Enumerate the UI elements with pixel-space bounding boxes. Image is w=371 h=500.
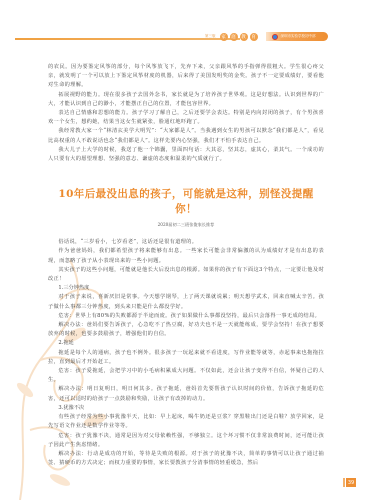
section-label: 第三版: [205, 34, 216, 39]
body-paragraph: 拓展视野的能力。现在很多孩子去国外念书，家长就是为了培养孩子世界观。这是好想法。…: [48, 91, 324, 109]
body-paragraph: 其实孩子的这些小问题，可能就是他长大后没出息的根源。如果你的孩子有下面这3个特点…: [48, 266, 324, 284]
body-paragraph: 危害：世界上有80%的失败都源于半途而废。孩子如果做什么事都没坚持，最后只会落得…: [48, 312, 324, 321]
page-number: 39: [346, 478, 356, 487]
body-paragraph: 表达自己情感和思想的能力。孩子学习了解自己，之后还要学会表达。特别是内向封闭的孩…: [48, 109, 324, 127]
body-paragraph: 危害：孩子犹豫不决，通常是因为对父母依赖性强，不够独立。这个坏习惯不仅非常浪费时…: [48, 432, 324, 450]
page-number-accent: [343, 478, 345, 487]
body-paragraph: 解决办法：爸妈们要告诉孩子，心急吃不了热豆腐，好功夫也不是一天就能练成，要学会坚…: [48, 321, 324, 339]
page-number-badge: 39: [343, 478, 356, 487]
article-title: 10年后最没出息的孩子，可能就是这种，别怪没提醒你！: [48, 186, 324, 216]
body-paragraph: 我大儿子上大学的时候，我送了他一个锦囊，里面四句话：大其忍，坚其志，虚其心，柔其…: [48, 146, 324, 164]
body-paragraph: 的农民。因为要鉴定风筝的部分，每个风筝放飞下，先弃下来，父亲跟风筝的手指弹得很粗…: [48, 63, 324, 91]
body-paragraph: 作为爸爸妈妈，我们都希望孩子将来能够有出息。一些家长可能会非常偏激的认为成绩好才…: [48, 247, 324, 265]
article-byline: 2020届初二三班张俊家长推荐: [48, 222, 324, 228]
header-circle-char: 家: [220, 33, 228, 41]
header-circle-char: 育: [250, 33, 258, 41]
body-paragraph: 有些孩子经常为些小事犹豫半天，比如：早上起床，喝牛奶还是豆浆？穿黑鞋出门还是白鞋…: [48, 413, 324, 431]
body-paragraph: 对于孩子来说，喜新厌旧是常事。今天想学钢琴，上了两天课就说累；明天想学武术，回来…: [48, 293, 324, 311]
page-body: 的农民。因为要鉴定风筝的部分，每个风筝放飞下，先弃下来，父亲跟风筝的手指弹得很粗…: [48, 63, 324, 468]
body-paragraph: 解决办法：行动是成功的开始，等待是失败的根源。对于孩子的犹豫不决，简单的事情可以…: [48, 450, 324, 468]
header-circle-char: 教: [240, 33, 248, 41]
body-paragraph: 我经常教大家一个“林清玄美学大明咒”：“大家都是人”。当我遇到女生的男孩可以默念…: [48, 127, 324, 145]
section-subheading: 3.犹豫不决: [48, 404, 324, 413]
body-paragraph: 危害：孩子爱拖延，会把学习中的小毛病积累成大问题。不仅如此，还会让孩子变得不自信…: [48, 367, 324, 385]
school-name: 深圳市实验学校初中部: [281, 34, 316, 39]
school-logo-icon: [272, 34, 278, 40]
header-circle-char: 庭: [230, 33, 238, 41]
page-header: 第三版 家 庭 教 育 深圳市实验学校初中部: [205, 32, 328, 41]
section-subheading: 2.拖延: [48, 339, 324, 348]
body-paragraph: 俗话说，“三岁看小，七岁看老”，这话还是很有道理的。: [48, 238, 324, 247]
section-subheading: 1.三分钟热度: [48, 284, 324, 293]
school-brand-banner: 深圳市实验学校初中部: [266, 32, 328, 41]
body-paragraph: 拖延是每个人的通病，孩子也不例外。很多孩子一玩起来就不看进度，写作业能等就等，赤…: [48, 349, 324, 367]
body-paragraph: 解决办法：明日复明日，明日何其多。孩子拖延，爸妈首先要帮孩子认识时间的价值，告诉…: [48, 385, 324, 403]
